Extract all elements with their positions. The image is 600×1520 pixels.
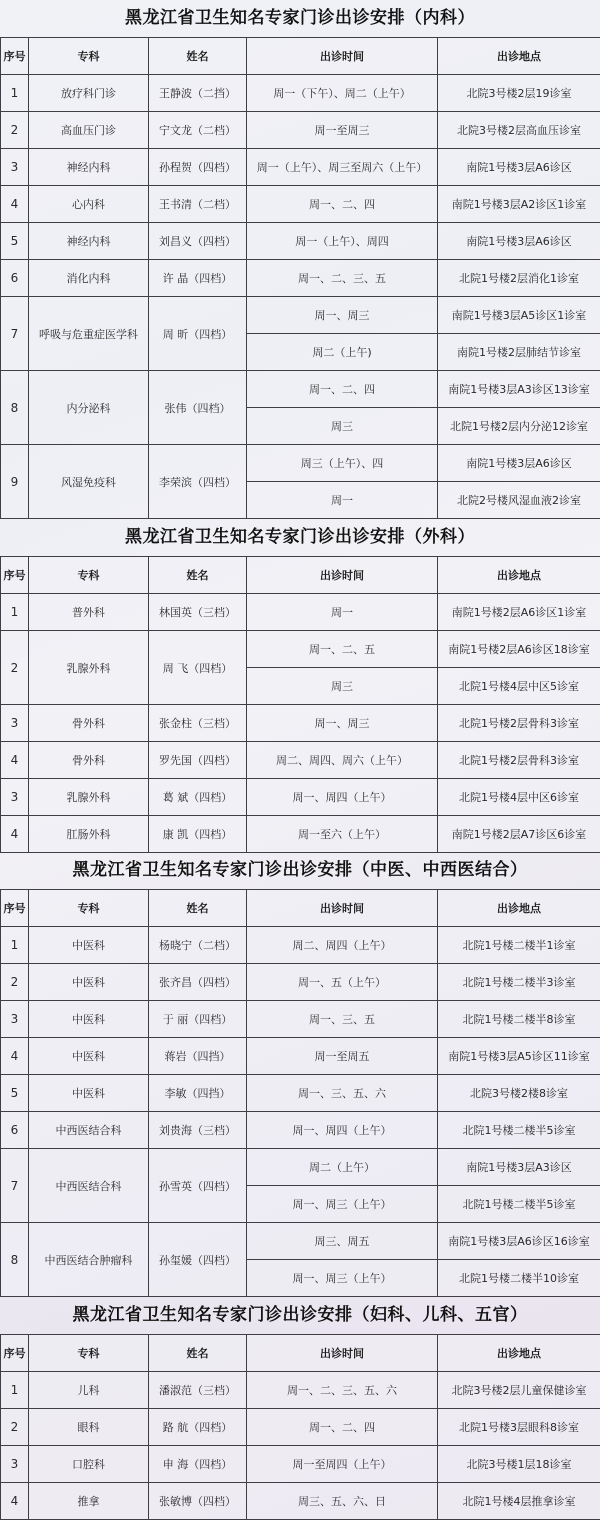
table-row: 5中医科李敏（四挡）周一、三、五、六北院3号楼2楼8诊室 bbox=[1, 1075, 600, 1112]
cell-no: 1 bbox=[1, 75, 29, 112]
cell-time: 周三、五、六、日 bbox=[247, 1483, 438, 1520]
cell-no: 3 bbox=[1, 149, 29, 186]
header-name: 姓名 bbox=[149, 1335, 247, 1372]
cell-no: 4 bbox=[1, 816, 29, 853]
cell-no: 6 bbox=[1, 260, 29, 297]
cell-no: 1 bbox=[1, 1372, 29, 1409]
table-row: 3神经内科孙程贺（四档）周一（上午）、周三至周六（上午）南院1号楼3层A6诊区 bbox=[1, 149, 600, 186]
cell-place: 北院1号楼二楼半1诊室 bbox=[438, 927, 600, 964]
cell-no: 2 bbox=[1, 964, 29, 1001]
table-row: 3乳腺外科葛 斌（四档）周一、周四（上午）北院1号楼4层中区6诊室 bbox=[1, 779, 600, 816]
cell-doctor-name: 申 海（四档） bbox=[149, 1446, 247, 1483]
cell-place: 南院1号楼3层A5诊区11诊室 bbox=[438, 1038, 600, 1075]
cell-dept: 心内科 bbox=[29, 186, 149, 223]
table-header-row: 序号专科姓名出诊时间出诊地点 bbox=[1, 557, 600, 594]
cell-place: 南院1号楼3层A3诊区13诊室 bbox=[438, 371, 600, 408]
header-dept: 专科 bbox=[29, 38, 149, 75]
cell-place: 北院1号楼二楼半3诊室 bbox=[438, 964, 600, 1001]
cell-no: 3 bbox=[1, 705, 29, 742]
table-row: 8内分泌科张伟（四档）周一、二、四南院1号楼3层A3诊区13诊室 bbox=[1, 371, 600, 408]
table-row: 3口腔科申 海（四档）周一至周四（上午）北院3号楼1层18诊室 bbox=[1, 1446, 600, 1483]
cell-time: 周一、二、三、五、六 bbox=[247, 1372, 438, 1409]
cell-doctor-name: 许 晶（四档） bbox=[149, 260, 247, 297]
cell-dept: 儿科 bbox=[29, 1372, 149, 1409]
cell-doctor-name: 张伟（四档） bbox=[149, 371, 247, 445]
cell-place: 南院1号楼2层A7诊区6诊室 bbox=[438, 816, 600, 853]
table-row: 6消化内科许 晶（四档）周一、二、三、五北院1号楼2层消化1诊室 bbox=[1, 260, 600, 297]
cell-doctor-name: 潘淑范（三档） bbox=[149, 1372, 247, 1409]
cell-no: 2 bbox=[1, 1409, 29, 1446]
cell-time: 周一、三、五、六 bbox=[247, 1075, 438, 1112]
cell-time: 周一、二、五 bbox=[247, 631, 438, 668]
cell-place: 北院1号楼3层眼科8诊室 bbox=[438, 1409, 600, 1446]
cell-no: 4 bbox=[1, 1483, 29, 1520]
cell-time: 周一、五（上午） bbox=[247, 964, 438, 1001]
cell-doctor-name: 宁文龙（二档） bbox=[149, 112, 247, 149]
cell-dept: 呼吸与危重症医学科 bbox=[29, 297, 149, 371]
cell-doctor-name: 孙程贺（四档） bbox=[149, 149, 247, 186]
cell-place: 南院1号楼2层A6诊区18诊室 bbox=[438, 631, 600, 668]
cell-no: 6 bbox=[1, 1112, 29, 1149]
cell-time: 周三 bbox=[247, 408, 438, 445]
cell-dept: 骨外科 bbox=[29, 742, 149, 779]
cell-dept: 神经内科 bbox=[29, 223, 149, 260]
header-name: 姓名 bbox=[149, 557, 247, 594]
header-dept: 专科 bbox=[29, 1335, 149, 1372]
header-time: 出诊时间 bbox=[247, 38, 438, 75]
table-row: 2眼科路 航（四档）周一、二、四北院1号楼3层眼科8诊室 bbox=[1, 1409, 600, 1446]
section-title: 黑龙江省卫生知名专家门诊出诊安排（内科） bbox=[0, 0, 600, 37]
cell-place: 北院1号楼4层中区5诊室 bbox=[438, 668, 600, 705]
cell-dept: 中医科 bbox=[29, 964, 149, 1001]
cell-time: 周二、周四（上午） bbox=[247, 927, 438, 964]
cell-time: 周一（下午）、周二（上午） bbox=[247, 75, 438, 112]
cell-no: 9 bbox=[1, 445, 29, 519]
cell-time: 周三、周五 bbox=[247, 1223, 438, 1260]
cell-dept: 内分泌科 bbox=[29, 371, 149, 445]
cell-doctor-name: 李荣滨（四档） bbox=[149, 445, 247, 519]
table-row: 1放疗科门诊王静波（二挡）周一（下午）、周二（上午）北院3号楼2层19诊室 bbox=[1, 75, 600, 112]
cell-place: 北院3号楼2层高血压诊室 bbox=[438, 112, 600, 149]
table-row: 1普外科林国英（三档）周一南院1号楼2层A6诊区1诊室 bbox=[1, 594, 600, 631]
section-surgery: 黑龙江省卫生知名专家门诊出诊安排（外科）序号专科姓名出诊时间出诊地点1普外科林国… bbox=[0, 519, 600, 853]
table-row: 1儿科潘淑范（三档）周一、二、三、五、六北院3号楼2层儿童保健诊室 bbox=[1, 1372, 600, 1409]
cell-doctor-name: 葛 斌（四档） bbox=[149, 779, 247, 816]
cell-dept: 中医科 bbox=[29, 1075, 149, 1112]
table-row: 9风湿免疫科李荣滨（四档）周三（上午）、四南院1号楼3层A6诊区 bbox=[1, 445, 600, 482]
cell-doctor-name: 杨晓宁（二档） bbox=[149, 927, 247, 964]
cell-time: 周二（上午) bbox=[247, 334, 438, 371]
cell-no: 8 bbox=[1, 1223, 29, 1297]
cell-place: 南院1号楼3层A6诊区16诊室 bbox=[438, 1223, 600, 1260]
cell-place: 北院1号楼2层消化1诊室 bbox=[438, 260, 600, 297]
cell-no: 7 bbox=[1, 297, 29, 371]
header-no: 序号 bbox=[1, 1335, 29, 1372]
table-row: 3中医科于 丽（四档）周一、三、五北院1号楼二楼半8诊室 bbox=[1, 1001, 600, 1038]
header-time: 出诊时间 bbox=[247, 1335, 438, 1372]
cell-place: 北院1号楼二楼半5诊室 bbox=[438, 1112, 600, 1149]
cell-dept: 放疗科门诊 bbox=[29, 75, 149, 112]
cell-time: 周一、周三 bbox=[247, 297, 438, 334]
cell-doctor-name: 于 丽（四档） bbox=[149, 1001, 247, 1038]
cell-dept: 中医科 bbox=[29, 1001, 149, 1038]
schedule-table: 序号专科姓名出诊时间出诊地点1中医科杨晓宁（二档）周二、周四（上午）北院1号楼二… bbox=[0, 889, 600, 1297]
table-row: 4心内科王书清（二档）周一、二、四南院1号楼3层A2诊区1诊室 bbox=[1, 186, 600, 223]
cell-doctor-name: 孙玺媛（四档） bbox=[149, 1223, 247, 1297]
cell-time: 周一 bbox=[247, 594, 438, 631]
cell-dept: 眼科 bbox=[29, 1409, 149, 1446]
cell-dept: 中医科 bbox=[29, 927, 149, 964]
cell-time: 周一、二、三、五 bbox=[247, 260, 438, 297]
cell-place: 北院3号楼2楼8诊室 bbox=[438, 1075, 600, 1112]
cell-dept: 中医科 bbox=[29, 1038, 149, 1075]
cell-place: 北院3号楼2层儿童保健诊室 bbox=[438, 1372, 600, 1409]
cell-no: 2 bbox=[1, 631, 29, 705]
cell-dept: 高血压门诊 bbox=[29, 112, 149, 149]
table-row: 8中西医结合肿瘤科孙玺媛（四档）周三、周五南院1号楼3层A6诊区16诊室 bbox=[1, 1223, 600, 1260]
cell-place: 北院1号楼2层骨科3诊室 bbox=[438, 705, 600, 742]
cell-doctor-name: 张金柱（三档） bbox=[149, 705, 247, 742]
cell-place: 北院1号楼二楼半5诊室 bbox=[438, 1186, 600, 1223]
cell-no: 5 bbox=[1, 223, 29, 260]
cell-place: 南院1号楼2层A6诊区1诊室 bbox=[438, 594, 600, 631]
cell-place: 南院1号楼3层A5诊区1诊室 bbox=[438, 297, 600, 334]
cell-dept: 肛肠外科 bbox=[29, 816, 149, 853]
cell-doctor-name: 罗先国（四档） bbox=[149, 742, 247, 779]
header-place: 出诊地点 bbox=[438, 557, 600, 594]
header-name: 姓名 bbox=[149, 890, 247, 927]
cell-dept: 神经内科 bbox=[29, 149, 149, 186]
cell-place: 北院1号楼二楼半8诊室 bbox=[438, 1001, 600, 1038]
table-row: 7中西医结合科孙雪英（四档）周二（上午）南院1号楼3层A3诊区 bbox=[1, 1149, 600, 1186]
schedule-table: 序号专科姓名出诊时间出诊地点1放疗科门诊王静波（二挡）周一（下午）、周二（上午）… bbox=[0, 37, 600, 519]
cell-no: 4 bbox=[1, 186, 29, 223]
cell-place: 北院1号楼2层内分泌12诊室 bbox=[438, 408, 600, 445]
header-dept: 专科 bbox=[29, 557, 149, 594]
cell-place: 南院1号楼3层A3诊区 bbox=[438, 1149, 600, 1186]
header-place: 出诊地点 bbox=[438, 38, 600, 75]
cell-time: 周一至周三 bbox=[247, 112, 438, 149]
cell-no: 3 bbox=[1, 1001, 29, 1038]
cell-no: 3 bbox=[1, 1446, 29, 1483]
cell-time: 周一、三、五 bbox=[247, 1001, 438, 1038]
table-header-row: 序号专科姓名出诊时间出诊地点 bbox=[1, 890, 600, 927]
table-row: 4肛肠外科康 凯（四档）周一至六（上午）南院1号楼2层A7诊区6诊室 bbox=[1, 816, 600, 853]
cell-time: 周一至周四（上午） bbox=[247, 1446, 438, 1483]
cell-doctor-name: 刘贵海（三档） bbox=[149, 1112, 247, 1149]
cell-place: 南院1号楼3层A6诊区 bbox=[438, 149, 600, 186]
cell-time: 周一至六（上午） bbox=[247, 816, 438, 853]
cell-doctor-name: 王静波（二挡） bbox=[149, 75, 247, 112]
cell-place: 南院1号楼3层A6诊区 bbox=[438, 445, 600, 482]
table-row: 2中医科张齐昌（四档）周一、五（上午）北院1号楼二楼半3诊室 bbox=[1, 964, 600, 1001]
schedule-table: 序号专科姓名出诊时间出诊地点1儿科潘淑范（三档）周一、二、三、五、六北院3号楼2… bbox=[0, 1334, 600, 1520]
section-title: 黑龙江省卫生知名专家门诊出诊安排（中医、中西医结合） bbox=[0, 852, 600, 889]
cell-doctor-name: 李敏（四挡） bbox=[149, 1075, 247, 1112]
cell-no: 1 bbox=[1, 927, 29, 964]
cell-no: 3 bbox=[1, 779, 29, 816]
table-row: 4中医科蒋岩（四挡）周一至周五南院1号楼3层A5诊区11诊室 bbox=[1, 1038, 600, 1075]
cell-place: 北院1号楼2层骨科3诊室 bbox=[438, 742, 600, 779]
cell-dept: 骨外科 bbox=[29, 705, 149, 742]
table-row: 6中西医结合科刘贵海（三档）周一、周四（上午）北院1号楼二楼半5诊室 bbox=[1, 1112, 600, 1149]
header-place: 出诊地点 bbox=[438, 890, 600, 927]
table-row: 2高血压门诊宁文龙（二档）周一至周三北院3号楼2层高血压诊室 bbox=[1, 112, 600, 149]
section-title: 黑龙江省卫生知名专家门诊出诊安排（外科） bbox=[0, 519, 600, 556]
cell-time: 周一、二、四 bbox=[247, 1409, 438, 1446]
header-time: 出诊时间 bbox=[247, 890, 438, 927]
cell-time: 周一、周四（上午） bbox=[247, 779, 438, 816]
cell-place: 北院1号楼4层中区6诊室 bbox=[438, 779, 600, 816]
cell-no: 2 bbox=[1, 112, 29, 149]
cell-doctor-name: 林国英（三档） bbox=[149, 594, 247, 631]
header-no: 序号 bbox=[1, 890, 29, 927]
schedule-table: 序号专科姓名出诊时间出诊地点1普外科林国英（三档）周一南院1号楼2层A6诊区1诊… bbox=[0, 556, 600, 853]
cell-doctor-name: 周 昕（四档） bbox=[149, 297, 247, 371]
cell-doctor-name: 蒋岩（四挡） bbox=[149, 1038, 247, 1075]
header-no: 序号 bbox=[1, 557, 29, 594]
cell-place: 南院1号楼3层A6诊区 bbox=[438, 223, 600, 260]
table-row: 1中医科杨晓宁（二档）周二、周四（上午）北院1号楼二楼半1诊室 bbox=[1, 927, 600, 964]
cell-time: 周一、周四（上午） bbox=[247, 1112, 438, 1149]
table-row: 7呼吸与危重症医学科周 昕（四档）周一、周三南院1号楼3层A5诊区1诊室 bbox=[1, 297, 600, 334]
table-header-row: 序号专科姓名出诊时间出诊地点 bbox=[1, 38, 600, 75]
cell-time: 周一、周三（上午） bbox=[247, 1260, 438, 1297]
cell-no: 7 bbox=[1, 1149, 29, 1223]
cell-time: 周一、周三（上午） bbox=[247, 1186, 438, 1223]
table-row: 4骨外科罗先国（四档）周二、周四、周六（上午）北院1号楼2层骨科3诊室 bbox=[1, 742, 600, 779]
table-row: 2乳腺外科周 飞（四档）周一、二、五南院1号楼2层A6诊区18诊室 bbox=[1, 631, 600, 668]
cell-time: 周一至周五 bbox=[247, 1038, 438, 1075]
cell-place: 北院1号楼二楼半10诊室 bbox=[438, 1260, 600, 1297]
cell-doctor-name: 路 航（四档） bbox=[149, 1409, 247, 1446]
section-gyn-ped-ent: 黑龙江省卫生知名专家门诊出诊安排（妇科、儿科、五官）序号专科姓名出诊时间出诊地点… bbox=[0, 1297, 600, 1520]
cell-doctor-name: 王书清（二档） bbox=[149, 186, 247, 223]
cell-place: 北院3号楼1层18诊室 bbox=[438, 1446, 600, 1483]
cell-doctor-name: 孙雪英（四档） bbox=[149, 1149, 247, 1223]
cell-time: 周三 bbox=[247, 668, 438, 705]
cell-dept: 中西医结合肿瘤科 bbox=[29, 1223, 149, 1297]
cell-place: 南院1号楼2层肺结节诊室 bbox=[438, 334, 600, 371]
cell-dept: 消化内科 bbox=[29, 260, 149, 297]
cell-time: 周一（上午）、周三至周六（上午） bbox=[247, 149, 438, 186]
cell-dept: 普外科 bbox=[29, 594, 149, 631]
cell-no: 8 bbox=[1, 371, 29, 445]
cell-place: 北院1号楼4层推拿诊室 bbox=[438, 1483, 600, 1520]
cell-time: 周二、周四、周六（上午） bbox=[247, 742, 438, 779]
cell-dept: 乳腺外科 bbox=[29, 779, 149, 816]
cell-dept: 口腔科 bbox=[29, 1446, 149, 1483]
cell-time: 周一 bbox=[247, 482, 438, 519]
cell-time: 周一、周三 bbox=[247, 705, 438, 742]
cell-dept: 风湿免疫科 bbox=[29, 445, 149, 519]
cell-dept: 中西医结合科 bbox=[29, 1112, 149, 1149]
cell-time: 周一（上午）、周四 bbox=[247, 223, 438, 260]
cell-no: 1 bbox=[1, 594, 29, 631]
cell-time: 周一、二、四 bbox=[247, 371, 438, 408]
section-title: 黑龙江省卫生知名专家门诊出诊安排（妇科、儿科、五官） bbox=[0, 1297, 600, 1334]
header-time: 出诊时间 bbox=[247, 557, 438, 594]
section-tcm: 黑龙江省卫生知名专家门诊出诊安排（中医、中西医结合）序号专科姓名出诊时间出诊地点… bbox=[0, 852, 600, 1297]
table-row: 4推拿张敏博（四档）周三、五、六、日北院1号楼4层推拿诊室 bbox=[1, 1483, 600, 1520]
cell-doctor-name: 康 凯（四档） bbox=[149, 816, 247, 853]
cell-no: 4 bbox=[1, 1038, 29, 1075]
table-row: 3骨外科张金柱（三档）周一、周三北院1号楼2层骨科3诊室 bbox=[1, 705, 600, 742]
header-name: 姓名 bbox=[149, 38, 247, 75]
cell-doctor-name: 刘昌义（四档） bbox=[149, 223, 247, 260]
cell-time: 周一、二、四 bbox=[247, 186, 438, 223]
cell-place: 南院1号楼3层A2诊区1诊室 bbox=[438, 186, 600, 223]
header-place: 出诊地点 bbox=[438, 1335, 600, 1372]
cell-time: 周二（上午） bbox=[247, 1149, 438, 1186]
table-row: 5神经内科刘昌义（四档）周一（上午）、周四南院1号楼3层A6诊区 bbox=[1, 223, 600, 260]
cell-dept: 中西医结合科 bbox=[29, 1149, 149, 1223]
cell-place: 北院3号楼2层19诊室 bbox=[438, 75, 600, 112]
cell-time: 周三（上午）、四 bbox=[247, 445, 438, 482]
header-dept: 专科 bbox=[29, 890, 149, 927]
header-no: 序号 bbox=[1, 38, 29, 75]
section-internal-medicine: 黑龙江省卫生知名专家门诊出诊安排（内科）序号专科姓名出诊时间出诊地点1放疗科门诊… bbox=[0, 0, 600, 519]
cell-dept: 推拿 bbox=[29, 1483, 149, 1520]
cell-no: 5 bbox=[1, 1075, 29, 1112]
cell-place: 北院2号楼风湿血液2诊室 bbox=[438, 482, 600, 519]
cell-no: 4 bbox=[1, 742, 29, 779]
table-header-row: 序号专科姓名出诊时间出诊地点 bbox=[1, 1335, 600, 1372]
cell-doctor-name: 张齐昌（四档） bbox=[149, 964, 247, 1001]
cell-dept: 乳腺外科 bbox=[29, 631, 149, 705]
cell-doctor-name: 张敏博（四档） bbox=[149, 1483, 247, 1520]
cell-doctor-name: 周 飞（四档） bbox=[149, 631, 247, 705]
